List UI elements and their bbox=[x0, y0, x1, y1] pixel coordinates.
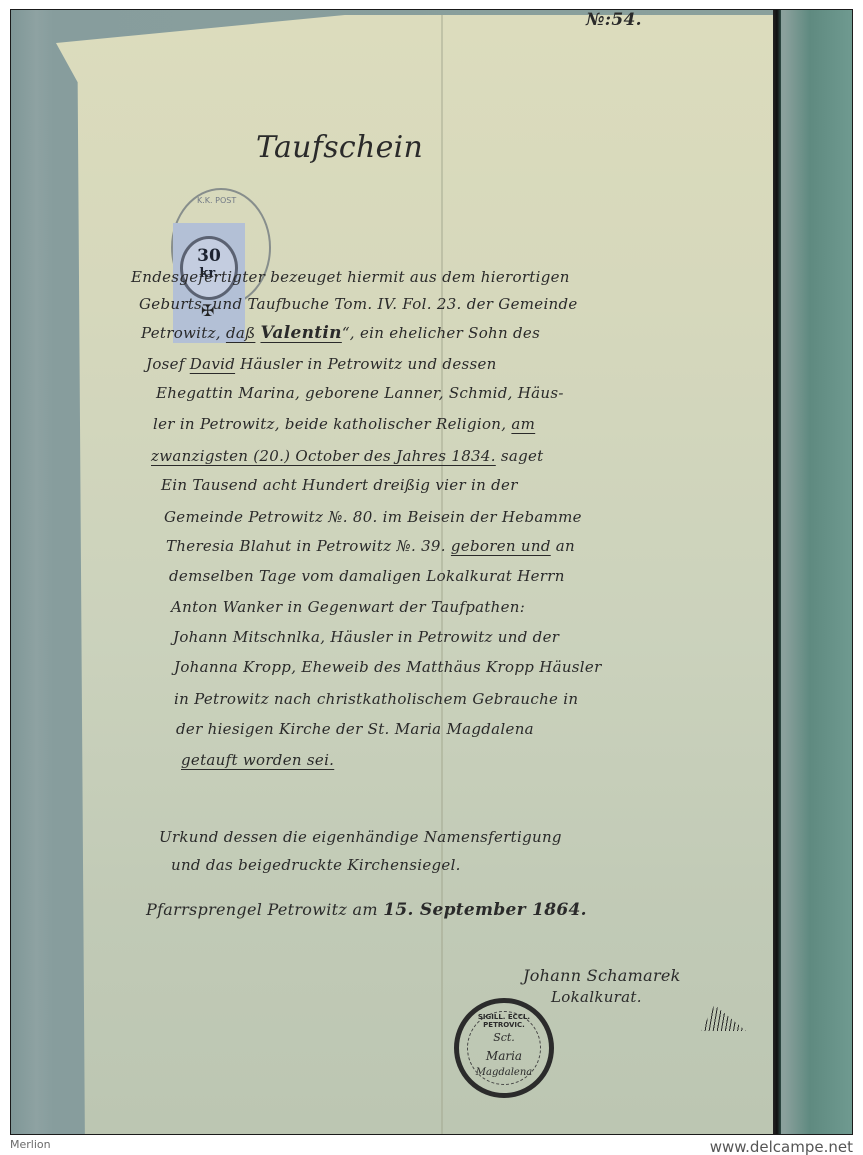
body-text-segment: daß bbox=[226, 324, 255, 342]
body-line: Johann Mitschnlka, Häusler in Petrowitz … bbox=[173, 628, 559, 646]
body-text-segment: zwanzigsten (20.) October des Jahres 183… bbox=[151, 447, 496, 465]
body-text-segment: Johann Mitschnlka, Häusler in Petrowitz … bbox=[173, 628, 559, 646]
signature-name: Johann Schamarek bbox=[523, 966, 681, 985]
watermark-seller: Merlion bbox=[10, 1138, 51, 1151]
body-line: zwanzigsten (20.) October des Jahres 183… bbox=[151, 447, 544, 465]
body-text-segment: Ein Tausend acht Hundert dreißig vier in… bbox=[161, 476, 518, 494]
body-text-segment: saget bbox=[496, 447, 544, 465]
revenue-stamp-value: 30 bbox=[183, 247, 235, 265]
body-text-segment: geboren und bbox=[451, 537, 551, 555]
signature-title: Lokalkurat. bbox=[551, 988, 642, 1006]
body-text-segment: Endesgefertigter bezeuget hiermit aus de… bbox=[131, 268, 570, 286]
body-text-segment: am bbox=[511, 415, 535, 433]
body-text-segment: Ehegattin Marina, geborene Lanner, Schmi… bbox=[156, 384, 564, 402]
body-text-segment: Häusler in Petrowitz und dessen bbox=[235, 355, 497, 373]
body-text-segment: Johanna Kropp, Eheweib des Matthäus Krop… bbox=[174, 658, 602, 676]
body-text-segment: “, ein ehelicher Sohn des bbox=[342, 324, 540, 342]
paper-edge-shadow bbox=[773, 10, 781, 1135]
document-number: №:54. bbox=[586, 10, 642, 30]
body-line: Geburts- und Taufbuche Tom. IV. Fol. 23.… bbox=[139, 295, 578, 313]
body-line: getauft worden sei. bbox=[181, 751, 334, 769]
document-title: Taufschein bbox=[256, 130, 423, 165]
body-text-segment: Theresia Blahut in Petrowitz №. 39. bbox=[166, 537, 451, 555]
place-date: Pfarrsprengel Petrowitz am 15. September… bbox=[146, 900, 587, 920]
body-text-segment: Petrowitz, bbox=[141, 324, 226, 342]
body-line: Endesgefertigter bezeuget hiermit aus de… bbox=[131, 268, 570, 286]
attestation-line-1: Urkund dessen die eigenhändige Namensfer… bbox=[159, 828, 562, 846]
body-line: Gemeinde Petrowitz №. 80. im Beisein der… bbox=[164, 508, 582, 526]
body-line: demselben Tage vom damaligen Lokalkurat … bbox=[169, 567, 565, 585]
body-line: ler in Petrowitz, beide katholischer Rel… bbox=[153, 415, 535, 433]
church-seal: SIGILL. ECCL. PETROVIC. Sct. Maria Magda… bbox=[454, 998, 554, 1098]
place-prefix: Pfarrsprengel Petrowitz am bbox=[146, 900, 378, 919]
body-text-segment: Josef bbox=[146, 355, 190, 373]
body-text-segment: David bbox=[190, 355, 235, 373]
body-text-segment: getauft worden sei. bbox=[181, 751, 334, 769]
issue-date: 15. September 1864. bbox=[383, 900, 587, 920]
body-text-segment: demselben Tage vom damaligen Lokalkurat … bbox=[169, 567, 565, 585]
body-line: in Petrowitz nach christkatholischem Geb… bbox=[174, 690, 578, 708]
body-line: Ehegattin Marina, geborene Lanner, Schmi… bbox=[156, 384, 564, 402]
seal-line-1: Sct. bbox=[459, 1031, 549, 1044]
body-text-segment: Valentin bbox=[260, 323, 341, 343]
document-photo: №:54. Taufschein K.K. POST 30 kr. ✠ Ende… bbox=[10, 9, 853, 1135]
body-text-segment: Gemeinde Petrowitz №. 80. im Beisein der… bbox=[164, 508, 582, 526]
body-text-segment: in Petrowitz nach christkatholischem Geb… bbox=[174, 690, 578, 708]
body-text-segment: Anton Wanker in Gegenwart der Taufpathen… bbox=[171, 598, 525, 616]
body-line: Theresia Blahut in Petrowitz №. 39. gebo… bbox=[166, 537, 575, 555]
body-text-segment: ler in Petrowitz, beide katholischer Rel… bbox=[153, 415, 511, 433]
seal-ring-text: SIGILL. ECCL. PETROVIC. bbox=[459, 1013, 549, 1029]
body-text-segment: an bbox=[551, 537, 575, 555]
body-line: der hiesigen Kirche der St. Maria Magdal… bbox=[176, 720, 534, 738]
body-line: Petrowitz, daß Valentin“, ein ehelicher … bbox=[141, 323, 540, 343]
postmark-text: K.K. POST bbox=[197, 196, 236, 205]
watermark-site[interactable]: www.delcampe.net bbox=[710, 1138, 853, 1155]
body-line: Johanna Kropp, Eheweib des Matthäus Krop… bbox=[174, 658, 602, 676]
body-line: Josef David Häusler in Petrowitz und des… bbox=[146, 355, 497, 373]
body-text-segment: Geburts- und Taufbuche Tom. IV. Fol. 23.… bbox=[139, 295, 578, 313]
body-text-segment: der hiesigen Kirche der St. Maria Magdal… bbox=[176, 720, 534, 738]
body-line: Anton Wanker in Gegenwart der Taufpathen… bbox=[171, 598, 525, 616]
seal-line-3: Magdalena bbox=[459, 1067, 549, 1078]
seal-line-2: Maria bbox=[459, 1049, 549, 1063]
attestation-line-2: und das beigedruckte Kirchensiegel. bbox=[171, 856, 461, 874]
body-line: Ein Tausend acht Hundert dreißig vier in… bbox=[161, 476, 518, 494]
